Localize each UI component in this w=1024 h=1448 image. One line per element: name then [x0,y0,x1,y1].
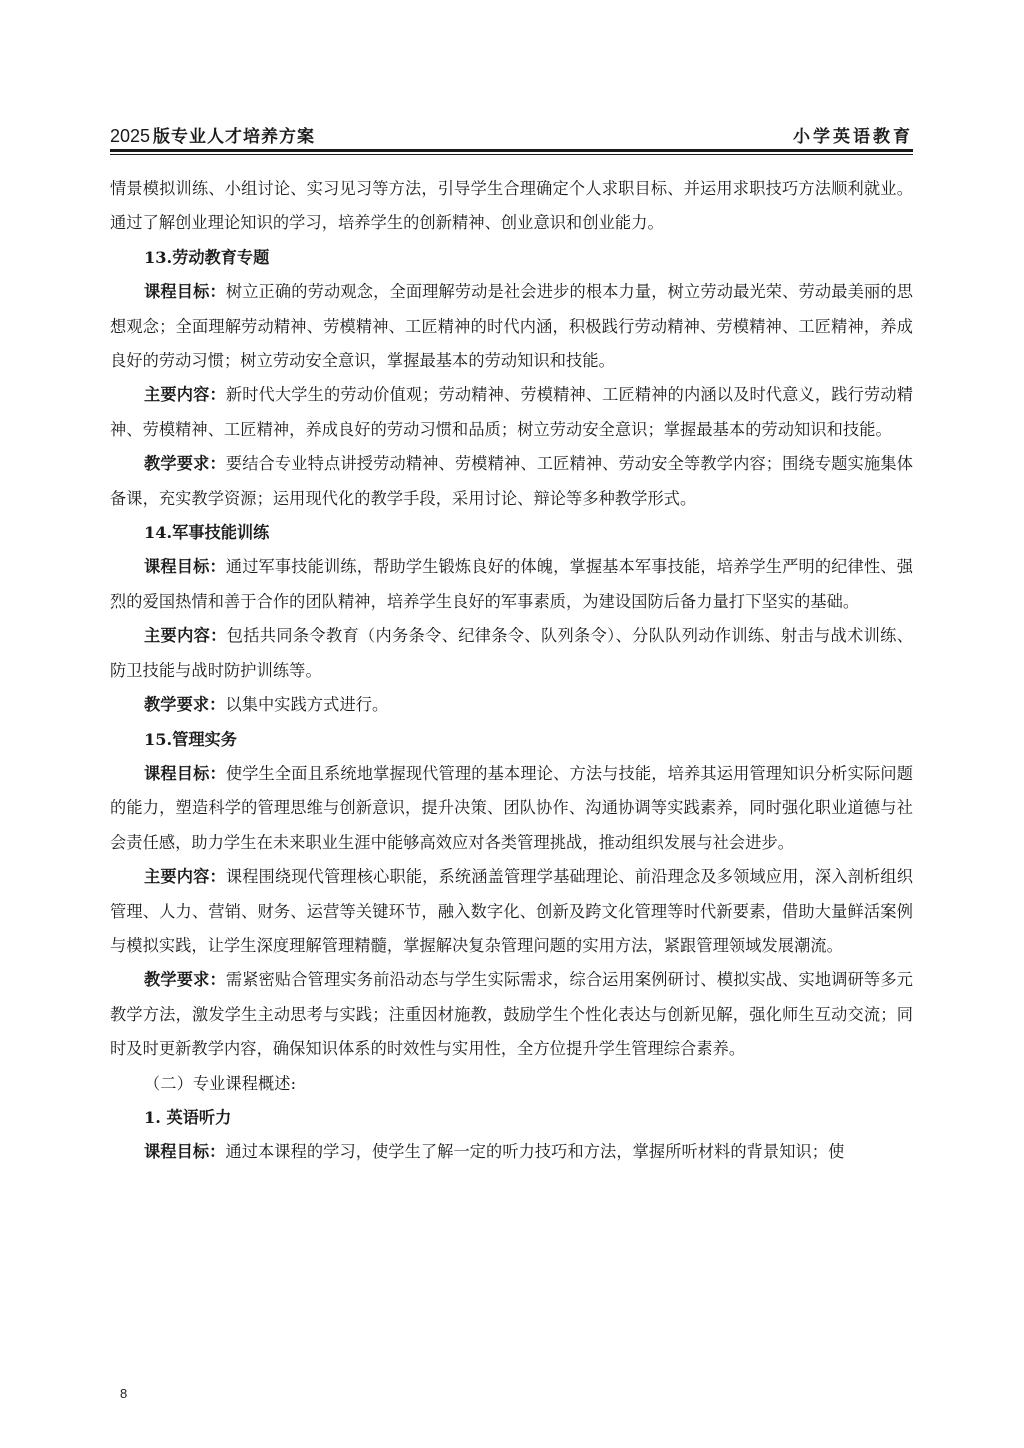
requirement-label: 教学要求： [144,695,225,714]
content-label: 主要内容： [144,626,227,645]
page-content: 情景模拟训练、小组讨论、实习见习等方法，引导学生合理确定个人求职目标、并运用求职… [110,172,913,1170]
section-labor-education: 13.劳动教育专题 课程目标：树立正确的劳动观念，全面理解劳动是社会进步的根本力… [110,241,913,516]
requirement-label: 教学要求： [144,970,226,989]
header-left-title: 版专业人才培养方案 [153,127,315,147]
header-rule-thick [110,149,913,152]
teaching-requirement-paragraph: 教学要求：以集中实践方式进行。 [110,688,913,722]
requirement-text: 以集中实践方式进行。 [225,695,388,714]
main-content-paragraph: 主要内容：包括共同条令教育（内务条令、纪律条令、队列条令）、分队队列动作训练、射… [110,619,913,688]
section-title: 14.军事技能训练 [110,516,913,550]
requirement-text: 需紧密贴合管理实务前沿动态与学生实际需求，综合运用案例研讨、模拟实战、实地调研等… [110,970,913,1058]
content-label: 主要内容： [144,385,226,404]
course-goal-paragraph: 课程目标：树立正确的劳动观念，全面理解劳动是社会进步的根本力量，树立劳动最光荣、… [110,275,913,378]
teaching-requirement-paragraph: 教学要求：需紧密贴合管理实务前沿动态与学生实际需求，综合运用案例研讨、模拟实战、… [110,963,913,1066]
section-professional-courses: （二）专业课程概述: 1. 英语听力 课程目标：通过本课程的学习，使学生了解一定… [110,1067,913,1170]
course-goal-paragraph: 课程目标：通过本课程的学习，使学生了解一定的听力技巧和方法，掌握所听材料的背景知… [110,1135,913,1169]
header-year: 2025 [110,126,150,146]
content-label: 主要内容： [144,867,226,886]
goal-text: 通过本课程的学习，使学生了解一定的听力技巧和方法，掌握所听材料的背景知识；使 [225,1142,844,1161]
course-title: 1. 英语听力 [110,1101,913,1135]
goal-label: 课程目标： [144,1142,225,1161]
content-text: 新时代大学生的劳动价值观；劳动精神、劳模精神、工匠精神的内涵以及时代意义，践行劳… [110,385,913,438]
content-text: 包括共同条令教育（内务条令、纪律条令、队列条令）、分队队列动作训练、射击与战术训… [110,626,913,679]
requirement-label: 教学要求： [144,454,226,473]
goal-text: 通过军事技能训练，帮助学生锻炼良好的体魄，掌握基本军事技能，培养学生严明的纪律性… [110,557,913,610]
page-header: 2025版专业人才培养方案 小学英语教育 [110,122,913,146]
main-content-paragraph: 主要内容：新时代大学生的劳动价值观；劳动精神、劳模精神、工匠精神的内涵以及时代意… [110,378,913,447]
page-number: 8 [120,1386,127,1401]
header-rule-thin [110,154,913,155]
goal-label: 课程目标： [144,557,226,576]
section-title: 13.劳动教育专题 [110,241,913,275]
goal-label: 课程目标： [144,764,226,783]
header-major-name: 小学英语教育 [793,122,913,147]
goal-text: 使学生全面且系统地掌握现代管理的基本理论、方法与技能，培养其运用管理知识分析实际… [110,764,913,852]
header-document-title: 2025版专业人才培养方案 [110,122,315,147]
section-title: 15.管理实务 [110,723,913,757]
teaching-requirement-paragraph: 教学要求：要结合专业特点讲授劳动精神、劳模精神、工匠精神、劳动安全等教学内容；围… [110,447,913,516]
subsection-title: （二）专业课程概述: [110,1067,913,1101]
section-management-practice: 15.管理实务 课程目标：使学生全面且系统地掌握现代管理的基本理论、方法与技能，… [110,723,913,1067]
requirement-text: 要结合专业特点讲授劳动精神、劳模精神、工匠精神、劳动安全等教学内容；围绕专题实施… [110,454,913,507]
course-goal-paragraph: 课程目标：使学生全面且系统地掌握现代管理的基本理论、方法与技能，培养其运用管理知… [110,757,913,860]
main-content-paragraph: 主要内容：课程围绕现代管理核心职能，系统涵盖管理学基础理论、前沿理念及多领域应用… [110,860,913,963]
section-military-skills: 14.军事技能训练 课程目标：通过军事技能训练，帮助学生锻炼良好的体魄，掌握基本… [110,516,913,722]
goal-label: 课程目标： [144,282,226,301]
content-text: 课程围绕现代管理核心职能，系统涵盖管理学基础理论、前沿理念及多领域应用，深入剖析… [110,867,913,955]
intro-paragraph: 情景模拟训练、小组讨论、实习见习等方法，引导学生合理确定个人求职目标、并运用求职… [110,172,913,241]
goal-text: 树立正确的劳动观念，全面理解劳动是社会进步的根本力量，树立劳动最光荣、劳动最美丽… [110,282,913,370]
course-goal-paragraph: 课程目标：通过军事技能训练，帮助学生锻炼良好的体魄，掌握基本军事技能，培养学生严… [110,550,913,619]
